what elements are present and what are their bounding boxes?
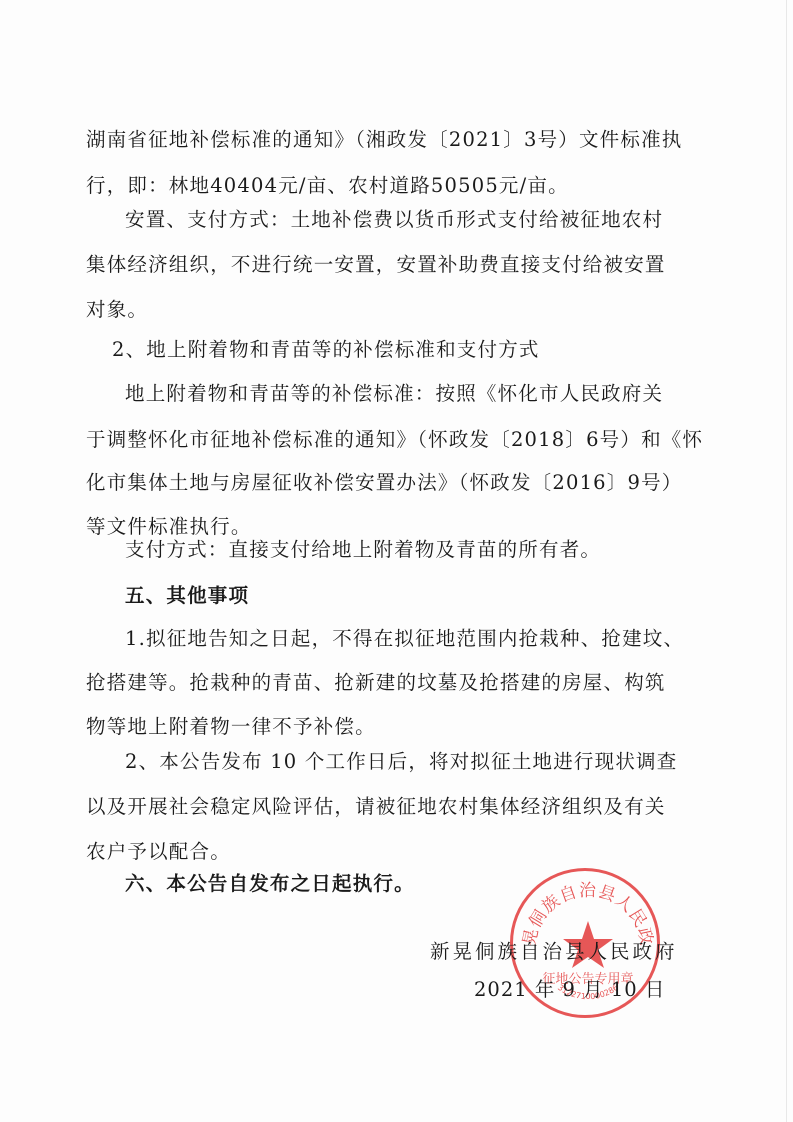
text-line: 地上附着物和青苗等的补偿标准：按照《怀化市人民政府关: [125, 382, 663, 406]
text-line: 农户予以配合。: [86, 840, 231, 864]
document-page: 湖南省征地补偿标准的通知》（湘政发〔2021〕3号）文件标准执行，即：林地404…: [0, 0, 793, 1122]
issue-date: 2021 年 9 月 10 日: [474, 978, 665, 1002]
text-line: 集体经济组织，不进行统一安置，安置补助费直接支付给被安置: [86, 253, 666, 277]
text-line: 安置、支付方式：土地补偿费以货币形式支付给被征地农村: [125, 208, 663, 232]
section-heading: 六、本公告自发布之日起执行。: [125, 872, 415, 896]
section-heading: 五、其他事项: [125, 584, 249, 608]
text-line: 化市集体土地与房屋征收补偿安置办法》（怀政发〔2016〕9号）: [86, 471, 682, 495]
text-line: 物等地上附着物一律不予补偿。: [86, 715, 376, 739]
text-line: 2、本公告发布 10 个工作日后，将对拟征土地进行现状调查: [125, 750, 677, 774]
text-line: 于调整怀化市征地补偿标准的通知》（怀政发〔2018〕6号）和《怀: [86, 428, 703, 452]
text-line: 湖南省征地补偿标准的通知》（湘政发〔2021〕3号）文件标准执: [86, 128, 682, 152]
text-line: 抢搭建等。抢栽种的青苗、抢新建的坟墓及抢搭建的房屋、构筑: [86, 671, 666, 695]
text-line: 以及开展社会稳定风险评估，请被征地农村集体经济组织及有关: [86, 795, 666, 819]
text-line: 支付方式：直接支付给地上附着物及青苗的所有者。: [125, 538, 601, 562]
text-line: 1.拟征地告知之日起，不得在拟征地范围内抢栽种、抢建坟、: [125, 627, 684, 651]
issuer-name: 新晃侗族自治县人民政府: [430, 940, 678, 964]
text-line: 2、地上附着物和青苗等的补偿标准和支付方式: [112, 338, 540, 362]
text-line: 对象。: [86, 298, 148, 322]
page-edge: [786, 0, 787, 1122]
text-line: 行，即：林地40404元/亩、农村道路50505元/亩。: [86, 174, 569, 198]
text-line: 等文件标准执行。: [86, 515, 252, 539]
